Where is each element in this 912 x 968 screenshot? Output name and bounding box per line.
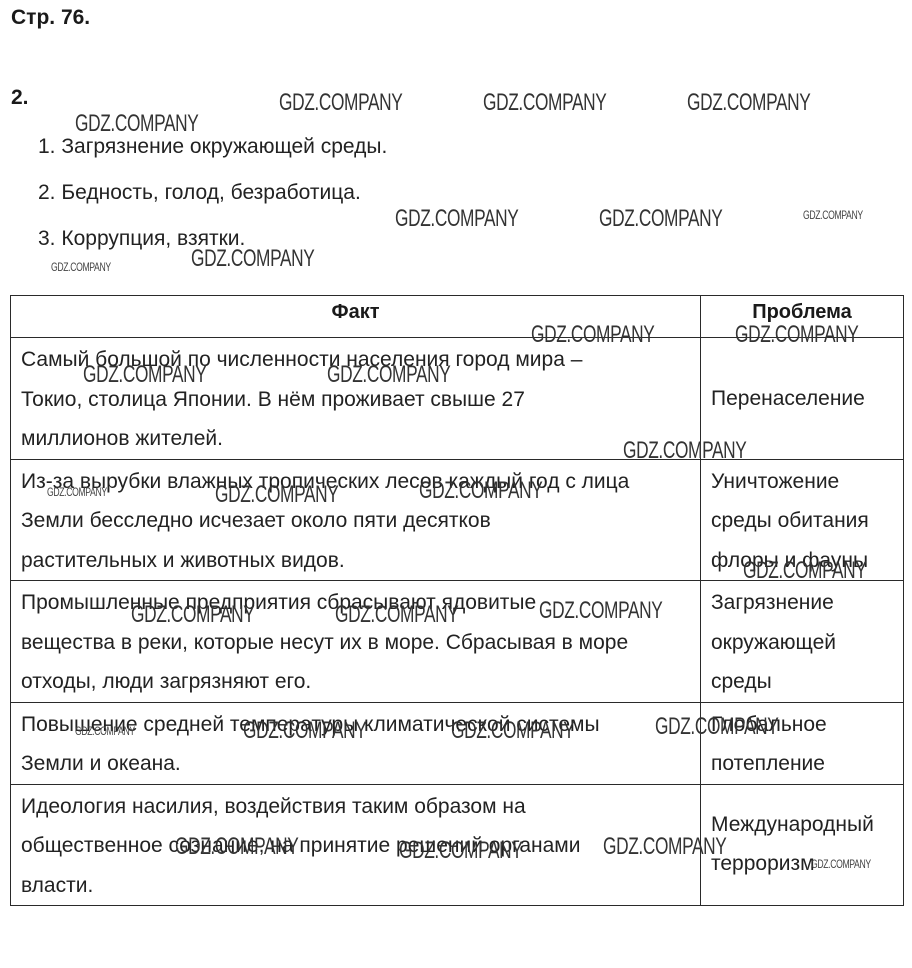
fact-cell: Промышленные предприятия сбрасывают ядов… — [11, 581, 701, 703]
problem-line: Международный — [711, 805, 903, 845]
table-header-row: Факт Проблема — [11, 296, 904, 338]
watermark: GDZ.COMPANY — [279, 89, 402, 117]
problem-cell: Глобальное потепление — [701, 702, 904, 784]
fact-line: Промышленные предприятия сбрасывают ядов… — [21, 583, 700, 623]
problem-line: Перенаселение — [711, 379, 903, 419]
list-item: 1. Загрязнение окружающей среды. — [38, 124, 387, 170]
fact-line: власти. — [21, 866, 700, 906]
fact-line: Земли бесследно исчезает около пяти деся… — [21, 501, 700, 541]
table-row: Самый большой по численности населения г… — [11, 338, 904, 460]
list-item: 3. Коррупция, взятки. — [38, 216, 387, 262]
problem-line: флоры и фауны — [711, 541, 903, 581]
problem-cell: Международный терроризм — [701, 784, 904, 906]
fact-line: Токио, столица Японии. В нём проживает с… — [21, 380, 700, 420]
watermark: GDZ.COMPANY — [51, 260, 111, 274]
fact-line: отходы, люди загрязняют его. — [21, 662, 700, 702]
answer-list: 1. Загрязнение окружающей среды. 2. Бедн… — [38, 124, 387, 262]
fact-line: Земли и океана. — [21, 744, 700, 784]
problem-line: среды обитания — [711, 501, 903, 541]
problem-line: Глобальное — [711, 705, 903, 745]
table-row: Повышение средней температуры климатичес… — [11, 702, 904, 784]
problem-line: Уничтожение — [711, 462, 903, 502]
problem-line: потепление — [711, 744, 903, 784]
fact-cell: Идеология насилия, воздействия таким обр… — [11, 784, 701, 906]
fact-cell: Самый большой по численности населения г… — [11, 338, 701, 460]
problem-line: Загрязнение — [711, 583, 903, 623]
problem-line: терроризм — [711, 844, 903, 884]
problem-line: окружающей — [711, 623, 903, 663]
page-label: Стр. 76. — [11, 6, 90, 30]
fact-line: Повышение средней температуры климатичес… — [21, 705, 700, 745]
watermark: GDZ.COMPANY — [395, 205, 518, 233]
table-row: Идеология насилия, воздействия таким обр… — [11, 784, 904, 906]
problem-cell: Перенаселение — [701, 338, 904, 460]
fact-line: Самый большой по численности населения г… — [21, 340, 700, 380]
list-item: 2. Бедность, голод, безработица. — [38, 170, 387, 216]
fact-line: общественное сознание, на принятие решен… — [21, 826, 700, 866]
watermark: GDZ.COMPANY — [599, 205, 722, 233]
fact-cell: Из-за вырубки влажных тропических лесов … — [11, 459, 701, 581]
fact-line: растительных и животных видов. — [21, 541, 700, 581]
header-fact: Факт — [11, 296, 701, 338]
fact-cell: Повышение средней температуры климатичес… — [11, 702, 701, 784]
watermark: GDZ.COMPANY — [483, 89, 606, 117]
problem-line: среды — [711, 662, 903, 702]
fact-line: миллионов жителей. — [21, 419, 700, 459]
fact-line: вещества в реки, которые несут их в море… — [21, 623, 700, 663]
facts-problems-table: Факт Проблема Самый большой по численнос… — [10, 295, 904, 906]
fact-line: Из-за вырубки влажных тропических лесов … — [21, 462, 700, 502]
problem-cell: Загрязнение окружающей среды — [701, 581, 904, 703]
table-row: Из-за вырубки влажных тропических лесов … — [11, 459, 904, 581]
header-problem: Проблема — [701, 296, 904, 338]
watermark: GDZ.COMPANY — [803, 208, 863, 222]
problem-cell: Уничтожение среды обитания флоры и фауны — [701, 459, 904, 581]
fact-line: Идеология насилия, воздействия таким обр… — [21, 787, 700, 827]
watermark: GDZ.COMPANY — [687, 89, 810, 117]
table-row: Промышленные предприятия сбрасывают ядов… — [11, 581, 904, 703]
task-number: 2. — [11, 86, 29, 110]
